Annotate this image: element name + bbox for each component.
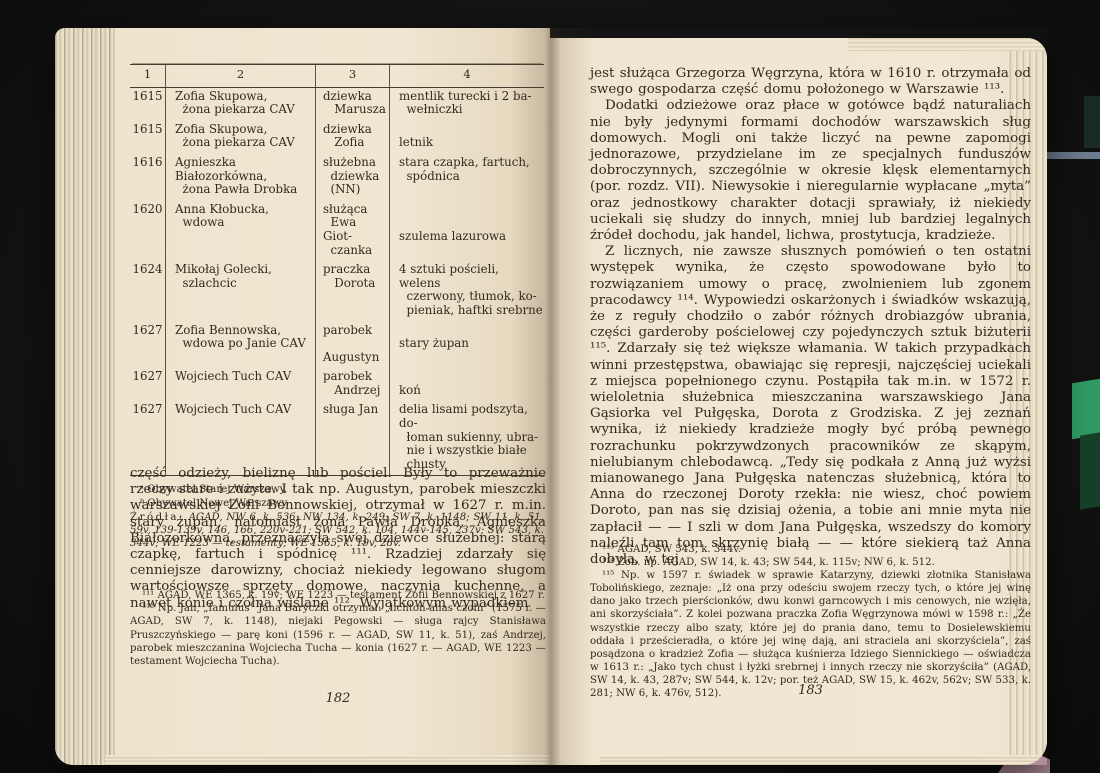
right-paragraph-1: jest służąca Grzegorza Węgrzyna, która w…	[590, 66, 1031, 98]
green-patch-decor	[1072, 379, 1100, 439]
table-cell-items: stara czapka, fartuch, spódnica	[390, 154, 544, 201]
table-header-col4: 4	[390, 65, 544, 87]
table-cell-items: stary żupan	[390, 322, 544, 369]
table-cell-servant: sługa Jan	[316, 401, 390, 475]
table-cell-owner: Zofia Skupowa, żona piekarza CAV	[166, 121, 316, 154]
table-cell-items: 4 sztuki pościeli, welens czerwony, tłum…	[390, 261, 544, 321]
table-cell-servant: praczka Dorota	[316, 261, 390, 321]
right-paragraph-2: Dodatki odzieżowe oraz płace w gotówce b…	[590, 98, 1031, 244]
table-cell-owner: Zofia Skupowa, żona piekarza CAV	[166, 88, 316, 121]
table-cell-owner: Anna Kłobucka, wdowa	[166, 201, 316, 261]
right-paragraph-3: Z licznych, nie zawsze słusznych pomówie…	[590, 244, 1031, 568]
right-page-bottom-edge	[600, 755, 1047, 765]
table-header-col2: 2	[166, 65, 316, 87]
table-header-col1: 1	[130, 65, 166, 87]
left-page-footnotes: ¹¹¹ AGAD, WE 1365, k. 19v; WE 1223 — tes…	[130, 589, 546, 668]
table-cell-items: szulema lazurowa	[390, 201, 544, 261]
right-page-body: jest służąca Grzegorza Węgrzyna, która w…	[590, 66, 1031, 568]
blue-line-decor	[1038, 152, 1100, 159]
left-page-number: 182	[130, 691, 546, 706]
footnote-114: ¹¹⁴ Zob. np. AGAD, SW 14, k. 43; SW 544,…	[590, 556, 1031, 569]
table-cell-year: 1620	[130, 201, 166, 261]
table-cell-year: 1627	[130, 322, 166, 369]
right-page-top-edge	[848, 38, 1047, 51]
dark-green-patch-decor	[1080, 432, 1100, 509]
footnote-115: ¹¹⁵ Np. w 1597 r. świadek w sprawie Kata…	[590, 569, 1031, 700]
footnote-111: ¹¹¹ AGAD, WE 1365, k. 19v; WE 1223 — tes…	[130, 589, 546, 602]
table-cell-owner: Mikołaj Golecki, szlachcic	[166, 261, 316, 321]
right-page-footnotes: ¹¹³ AGAD, SW 543, k. 344v. ¹¹⁴ Zob. np. …	[590, 543, 1031, 700]
table-cell-servant: służebna dziewka (NN)	[316, 154, 390, 201]
table-cell-owner: Agnieszka Białozorkówna, żona Pawła Drob…	[166, 154, 316, 201]
table-cell-owner: Wojciech Tuch CAV	[166, 368, 316, 401]
left-page-bottom-edge	[105, 755, 551, 765]
table-body: 1615 Zofia Skupowa, żona piekarza CAV dz…	[130, 88, 544, 476]
table-cell-year: 1615	[130, 88, 166, 121]
table-header-col3: 3	[316, 65, 390, 87]
right-page-number: 183	[590, 683, 1031, 698]
left-page-edge-stack	[55, 28, 115, 765]
table-cell-year: 1616	[130, 154, 166, 201]
footnote-113: ¹¹³ AGAD, SW 543, k. 344v.	[590, 543, 1031, 556]
table-cell-servant: służąca Ewa Giot- czanka	[316, 201, 390, 261]
table-cell-servant: parobek Augustyn	[316, 322, 390, 369]
table-cell-owner: Wojciech Tuch CAV	[166, 401, 316, 475]
table-header-row: 1 2 3 4	[130, 65, 544, 88]
right-page: jest służąca Grzegorza Węgrzyna, która w…	[550, 38, 1047, 765]
teal-wedge-decor	[1084, 96, 1100, 148]
table-cell-servant: dziewka Marusza	[316, 88, 390, 121]
table-cell-items: mentlik turecki i 2 ba- wełniczki	[390, 88, 544, 121]
table-cell-servant: parobek Andrzej	[316, 368, 390, 401]
table-cell-year: 1627	[130, 401, 166, 475]
left-page: 1 2 3 4 1615 Zofia Skupowa, żona piekarz…	[55, 28, 550, 765]
table-cell-owner: Zofia Bennowska, wdowa po Janie CAV	[166, 322, 316, 369]
open-book: 1 2 3 4 1615 Zofia Skupowa, żona piekarz…	[55, 28, 1047, 765]
footnote-112: ¹¹² Np. Jan, „famulus” Jana Baryczki otr…	[130, 602, 546, 668]
table-cell-items: delia lisami podszyta, do- łoman sukienn…	[390, 401, 544, 475]
table-cell-items: letnik	[390, 121, 544, 154]
table-cell-year: 1615	[130, 121, 166, 154]
table-cell-items: koń	[390, 368, 544, 401]
table-cell-year: 1624	[130, 261, 166, 321]
table-cell-servant: dziewka Zofia	[316, 121, 390, 154]
servants-gifts-table: 1 2 3 4 1615 Zofia Skupowa, żona piekarz…	[130, 64, 544, 476]
photo-background: 1 2 3 4 1615 Zofia Skupowa, żona piekarz…	[0, 0, 1100, 773]
table-cell-year: 1627	[130, 368, 166, 401]
